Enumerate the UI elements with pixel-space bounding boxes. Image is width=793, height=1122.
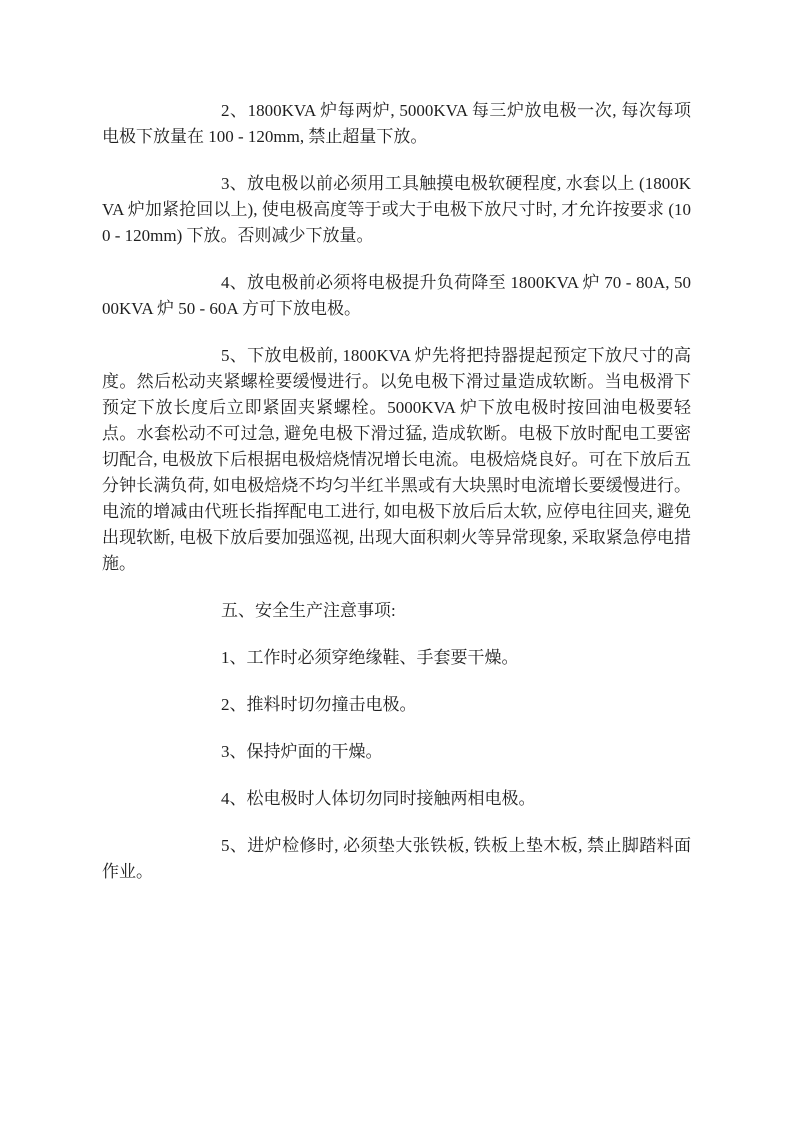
safety-item-1: 1、工作时必须穿绝缘鞋、手套要干燥。 <box>102 645 691 671</box>
procedure-item-4: 4、放电极前必须将电极提升负荷降至 1800KVA 炉 70 - 80A, 50… <box>102 270 691 322</box>
safety-item-4: 4、松电极时人体切勿同时接触两相电极。 <box>102 786 691 812</box>
section-heading-safety: 五、安全生产注意事项: <box>102 598 691 624</box>
safety-item-2: 2、推料时切勿撞击电极。 <box>102 692 691 718</box>
document-page: 2、1800KVA 炉每两炉, 5000KVA 每三炉放电极一次, 每次每项电极… <box>0 0 793 1122</box>
safety-item-3: 3、保持炉面的干燥。 <box>102 739 691 765</box>
procedure-item-5: 5、下放电极前, 1800KVA 炉先将把持器提起预定下放尺寸的高度。然后松动夹… <box>102 343 691 577</box>
procedure-item-3: 3、放电极以前必须用工具触摸电极软硬程度, 水套以上 (1800KVA 炉加紧抢… <box>102 171 691 249</box>
safety-item-5: 5、进炉检修时, 必须垫大张铁板, 铁板上垫木板, 禁止脚踏料面作业。 <box>102 833 691 885</box>
procedure-item-2: 2、1800KVA 炉每两炉, 5000KVA 每三炉放电极一次, 每次每项电极… <box>102 98 691 150</box>
